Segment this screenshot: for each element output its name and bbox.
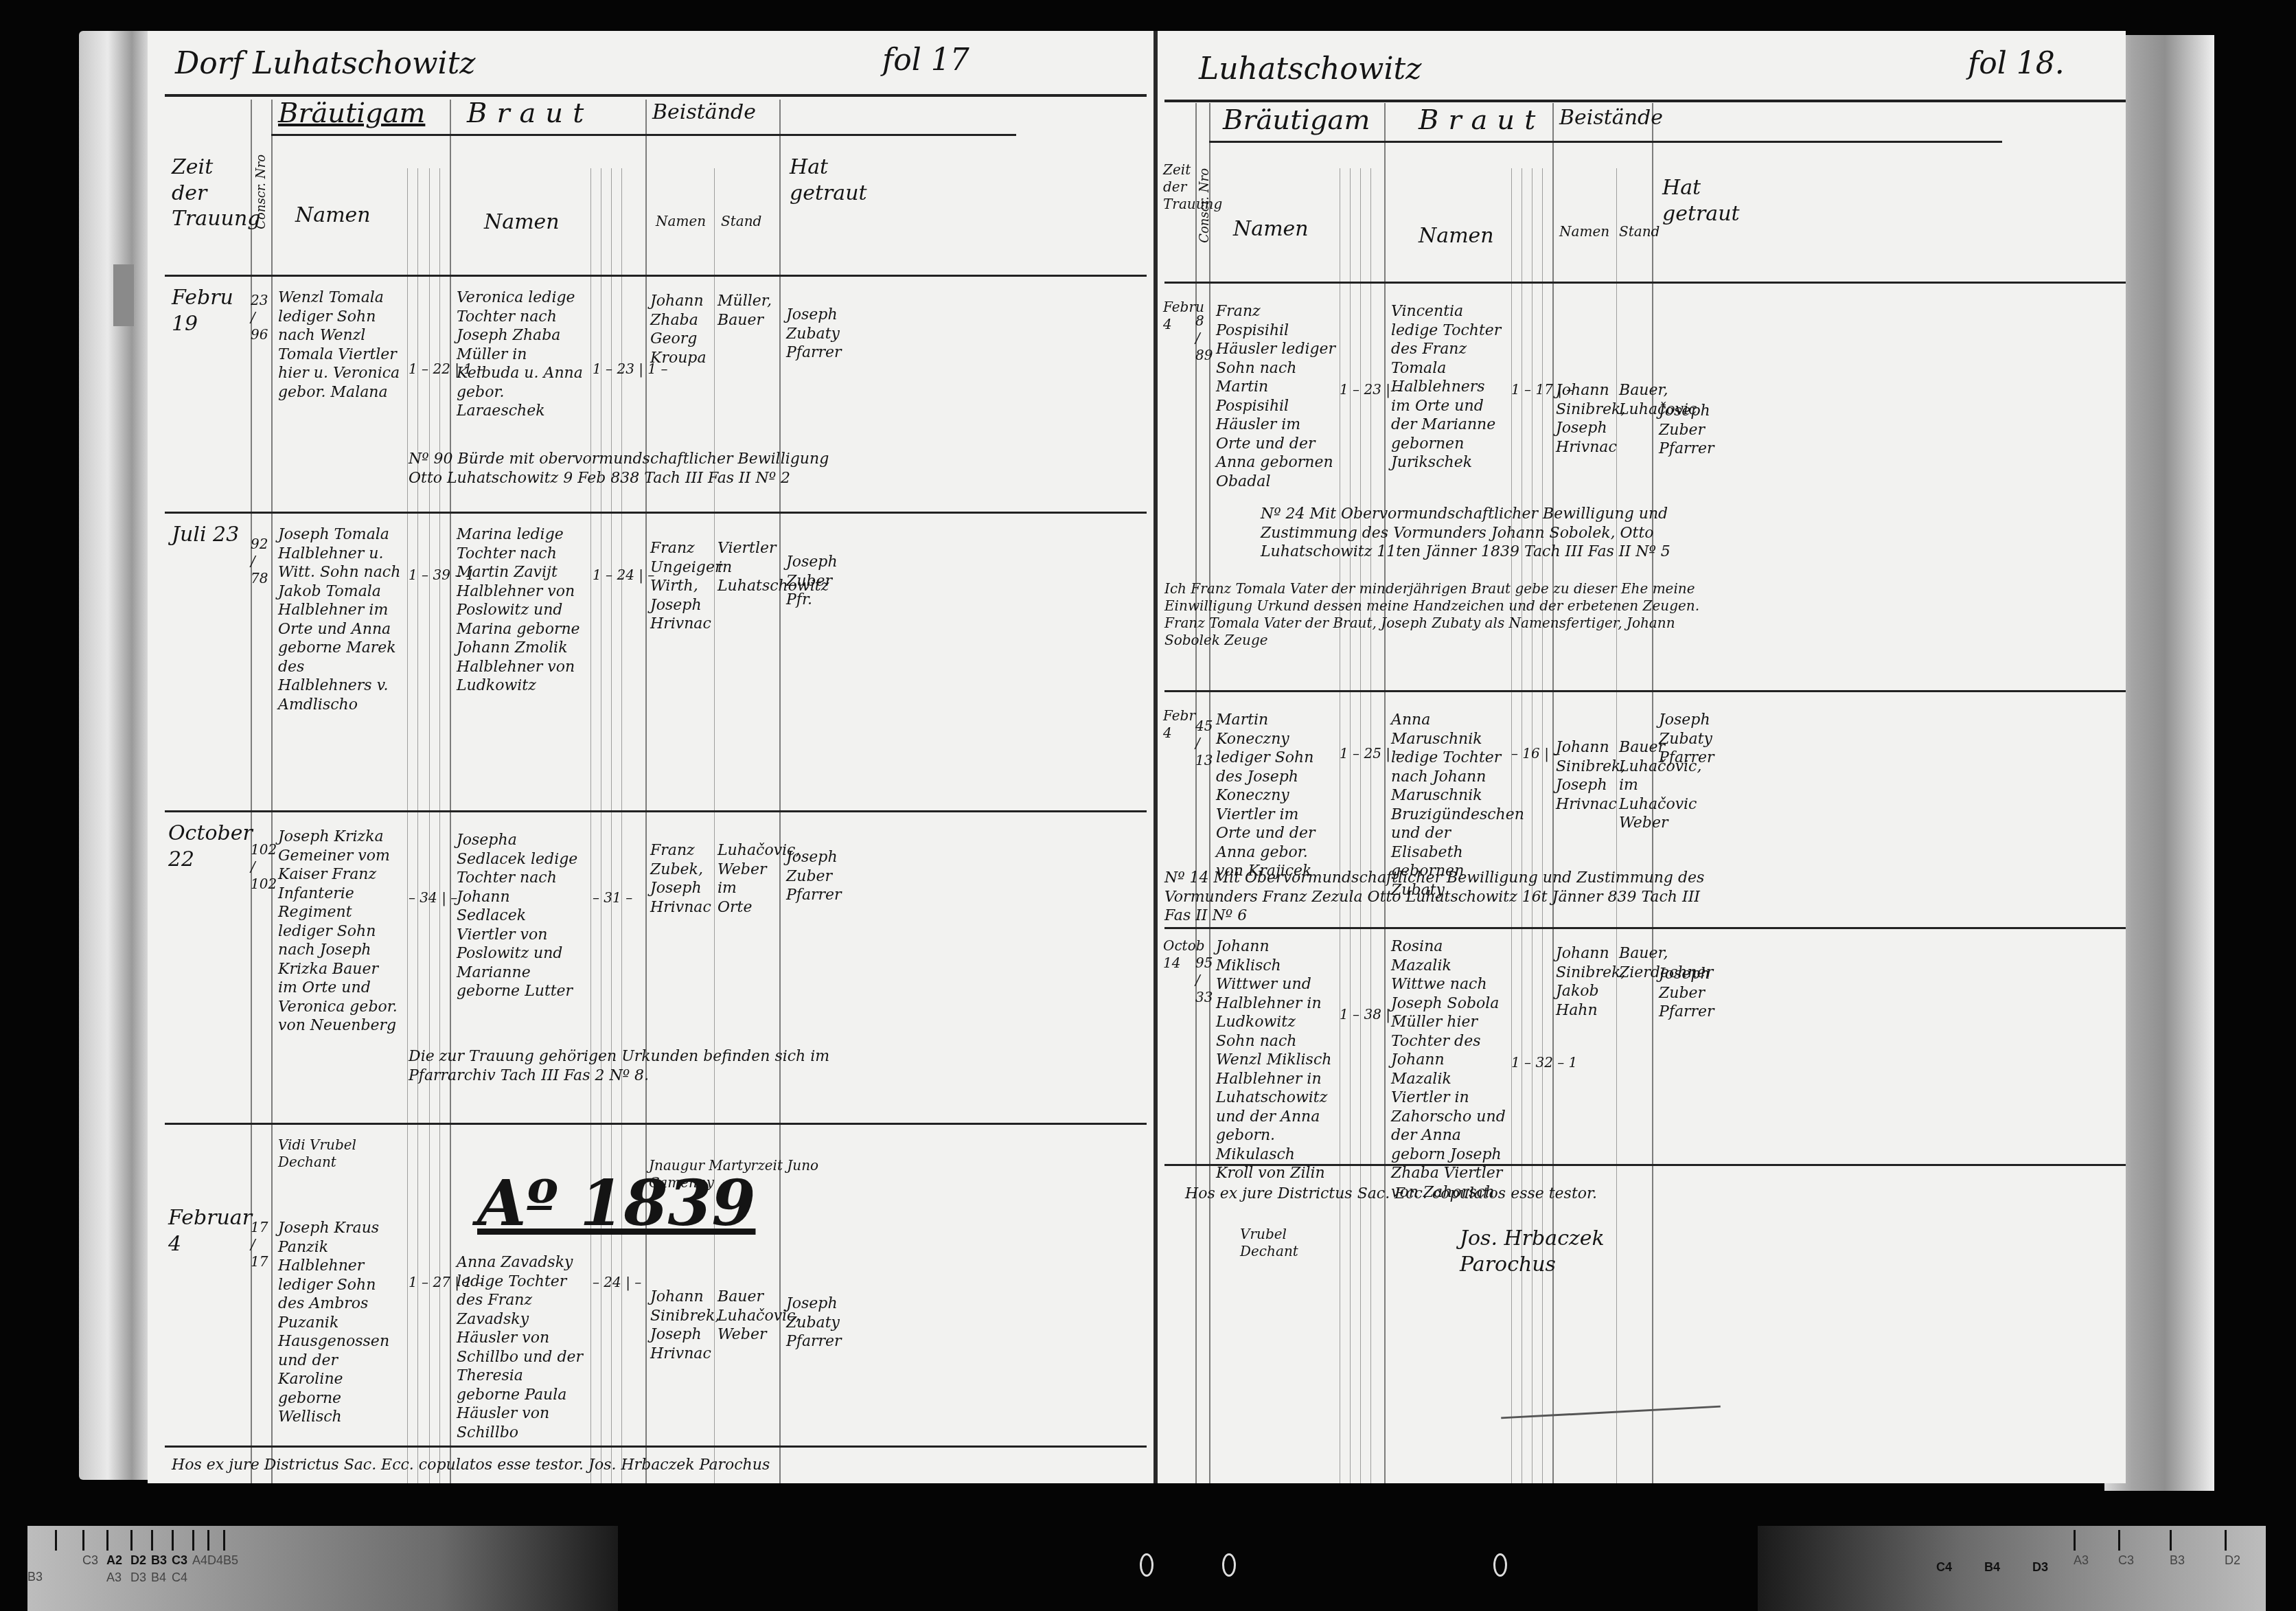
col-bride-heading: Braut [467, 96, 593, 130]
ruler-hole [1222, 1553, 1236, 1577]
col-date-heading: Zeit der Trauung [172, 155, 240, 232]
col-witness-name-heading: Namen [656, 213, 706, 230]
color-scale-ruler-left: C3 B3 A2A3 D2D3 B3B4 C3C4 A4 D4 B5 [27, 1526, 618, 1611]
color-scale-ruler-right: C4 B4 D3 A3 C3 B3 D2 [1758, 1526, 2266, 1611]
village-heading: Luhatschowitz [1199, 50, 1421, 88]
village-heading: Dorf Luhatschowitz [175, 45, 476, 82]
col-witness-name-heading: Namen [1559, 223, 1609, 240]
consent-note: Ich Franz Tomala Vater der minderjährige… [1164, 580, 1714, 649]
col-groom-heading: Bräutigam [278, 96, 425, 130]
folio-number: fol 18. [1968, 45, 2065, 82]
col-groom-name-heading: Namen [295, 203, 371, 229]
col-houseno-heading: Conscr. Nro [254, 155, 270, 229]
col-houseno-heading: Conscr. Nro [1197, 168, 1213, 243]
entry-note: Nº 90 Bürde mit obervormundschaftlicher … [409, 450, 848, 488]
col-officiant-heading: Hat getraut [790, 155, 845, 206]
col-officiant-heading: Hat getraut [1662, 175, 1710, 227]
col-groom-name-heading: Namen [1233, 216, 1309, 242]
folio-number: fol 17 [882, 41, 969, 79]
entry-note: Die zur Trauung gehörigen Urkunden befin… [409, 1047, 848, 1085]
ruler-hole [1140, 1553, 1153, 1577]
left-page: Dorf Luhatschowitz fol 17 Bräutigam Brau… [148, 31, 1158, 1483]
col-bride-name-heading: Namen [1419, 223, 1494, 249]
entry-note: Nº 24 Mit Obervormundschaftlicher Bewill… [1261, 505, 1714, 562]
dean-signature: Vrubel Dechant [1240, 1226, 1302, 1260]
col-witnesses-heading: Beistände [652, 100, 756, 126]
col-bride-name-heading: Namen [484, 209, 560, 236]
page-tab-marker [113, 264, 134, 326]
col-witnesses-heading: Beistände [1559, 105, 1663, 131]
col-date-heading: Zeit der Trauung [1163, 161, 1194, 213]
col-groom-heading: Bräutigam [1223, 103, 1370, 137]
margin-note: Vidi Vrubel Dechant [278, 1136, 402, 1171]
open-register-book: Dorf Luhatschowitz fol 17 Bräutigam Brau… [79, 31, 2214, 1507]
entry-note: Nº 14 Mit Obervormundschaftlicher Bewill… [1164, 869, 1714, 926]
closing-attestation: Hos ex jure Districtus Sac. Ecc. copulat… [172, 1456, 770, 1475]
ruler-hole [1493, 1553, 1507, 1577]
col-witness-status-heading: Stand [721, 213, 761, 230]
year-heading: Aº 1839 [477, 1164, 755, 1243]
right-page: Luhatschowitz fol 18. Bräutigam Braut Be… [1158, 31, 2126, 1483]
closing-attestation: Hos ex jure Districtus Sac. Ecc. copulat… [1185, 1185, 1597, 1204]
col-bride-heading: Braut [1419, 103, 1545, 137]
parish-priest-signature: Jos. Hrbaczek Parochus [1460, 1226, 1638, 1277]
col-witness-status-heading: Stand [1619, 223, 1660, 240]
